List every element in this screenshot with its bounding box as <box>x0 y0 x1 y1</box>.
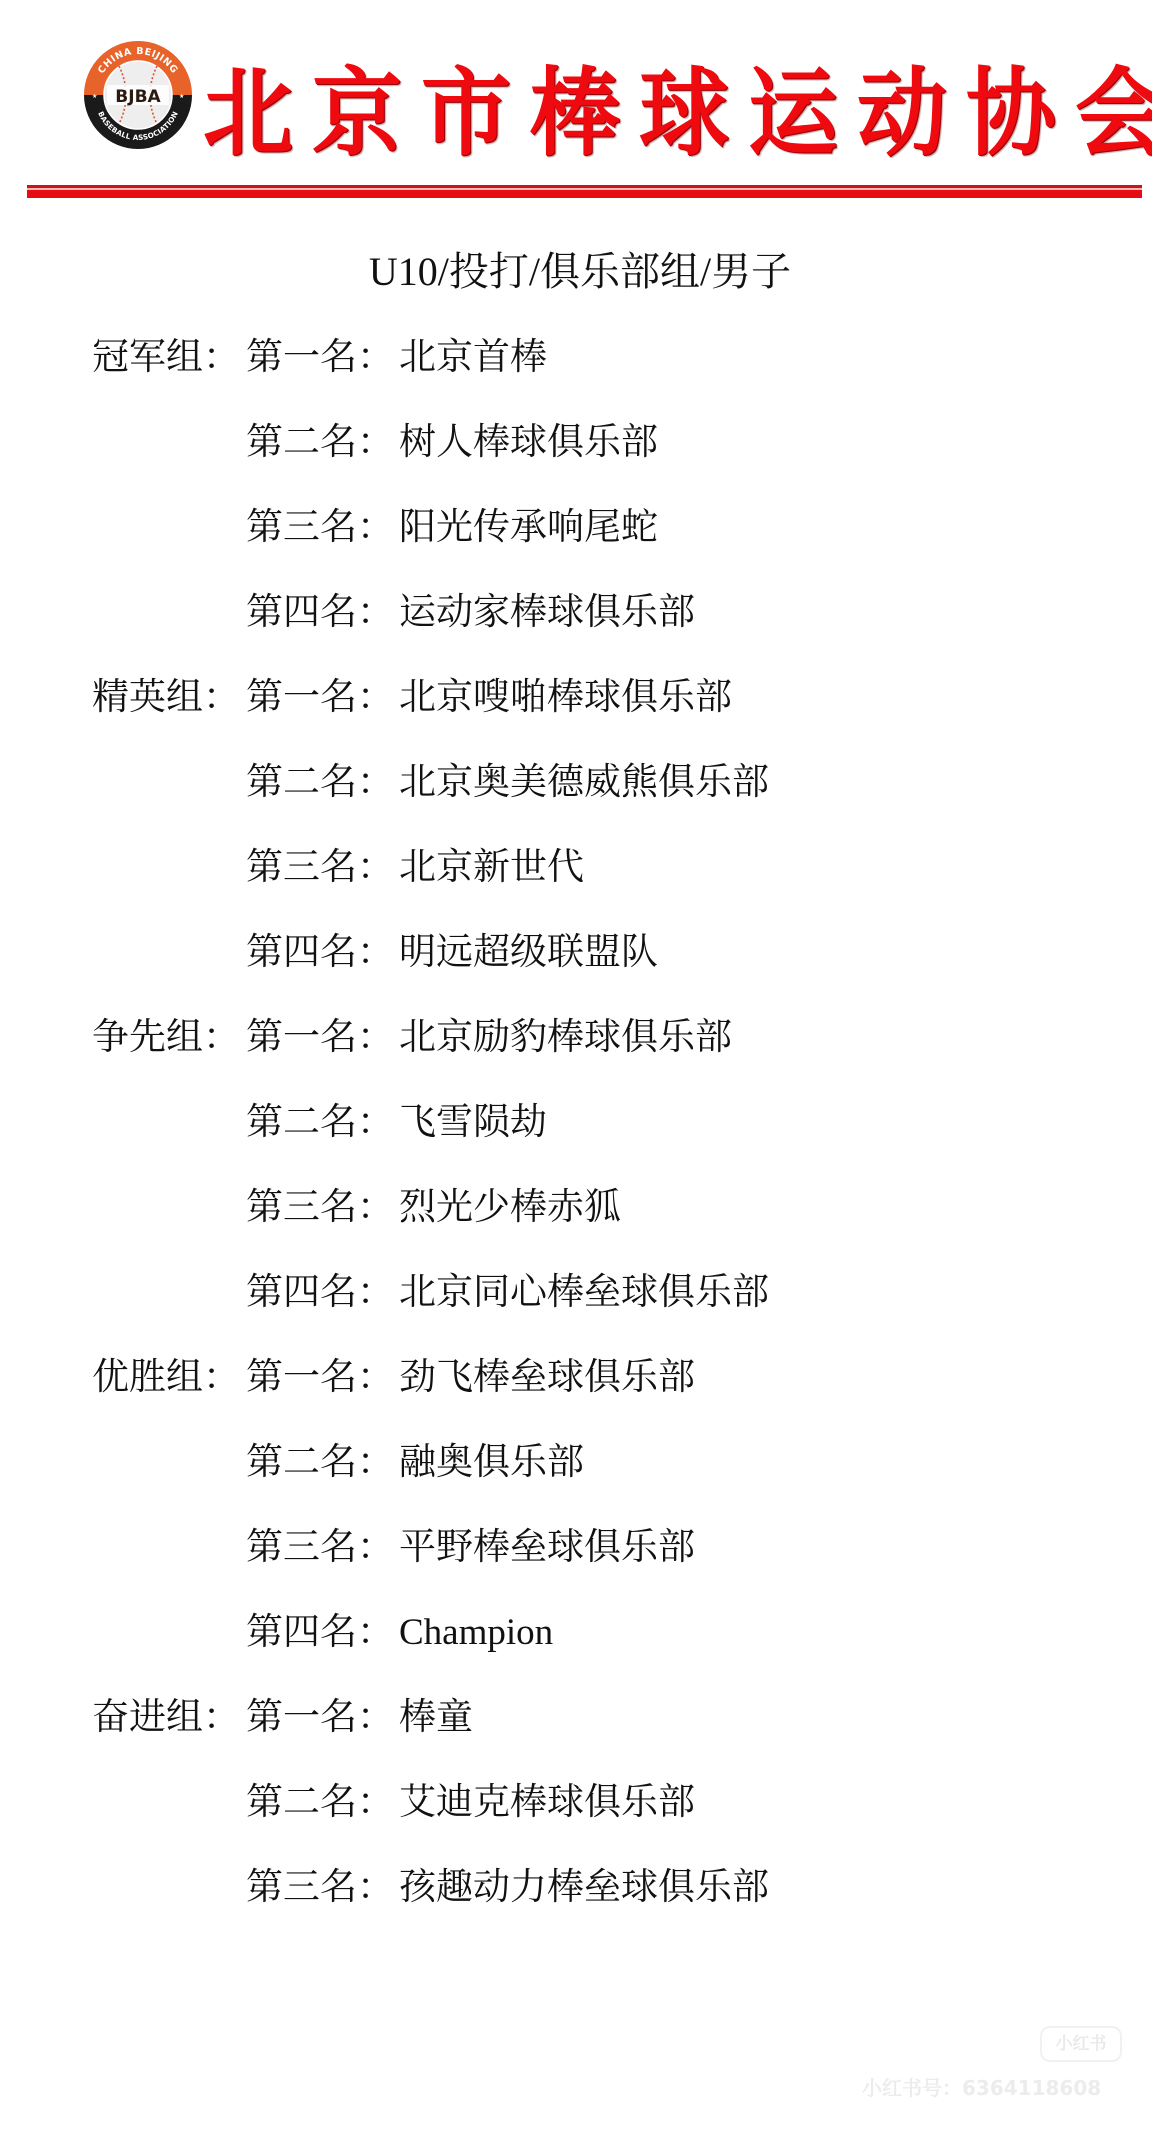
result-row: 第二名： 融奥俱乐部 <box>0 1438 1152 1488</box>
group-label: 奋进组： <box>92 1693 240 1743</box>
team-name: 北京同心棒垒球俱乐部 <box>399 1268 769 1318</box>
result-row: 第二名： 艾迪克棒球俱乐部 <box>0 1778 1152 1828</box>
team-name: 融奥俱乐部 <box>399 1438 584 1488</box>
team-name: 明远超级联盟队 <box>399 928 658 978</box>
group-label: 争先组： <box>92 1013 240 1063</box>
team-name: 棒童 <box>399 1693 473 1743</box>
rank-label: 第四名： <box>246 1608 394 1658</box>
group-label: 冠军组： <box>92 333 240 383</box>
team-name: 北京首棒 <box>399 333 547 383</box>
team-name: 北京新世代 <box>399 843 584 893</box>
team-name: 运动家棒球俱乐部 <box>399 588 695 638</box>
result-row: 优胜组： 第一名： 劲飞棒垒球俱乐部 <box>0 1353 1152 1403</box>
team-name: 孩趣动力棒垒球俱乐部 <box>399 1863 769 1913</box>
team-name: 北京嗖啪棒球俱乐部 <box>399 673 732 723</box>
team-name: 艾迪克棒球俱乐部 <box>399 1778 695 1828</box>
rank-label: 第三名： <box>246 503 394 553</box>
result-row: 第三名： 北京新世代 <box>0 843 1152 893</box>
group-label: 精英组： <box>92 673 240 723</box>
result-row: 第二名： 树人棒球俱乐部 <box>0 418 1152 468</box>
team-name: 劲飞棒垒球俱乐部 <box>399 1353 695 1403</box>
team-name: 北京励豹棒球俱乐部 <box>399 1013 732 1063</box>
result-row: 第四名： 明远超级联盟队 <box>0 928 1152 978</box>
result-row: 精英组： 第一名： 北京嗖啪棒球俱乐部 <box>0 673 1152 723</box>
result-row: 冠军组： 第一名： 北京首棒 <box>0 333 1152 383</box>
watermark-id: 小红书号：6364118608 <box>862 2074 1122 2102</box>
group-label: 优胜组： <box>92 1353 240 1403</box>
rank-label: 第一名： <box>246 333 394 383</box>
team-name: 飞雪陨劫 <box>399 1098 547 1148</box>
result-row: 第三名： 平野棒垒球俱乐部 <box>0 1523 1152 1573</box>
rank-label: 第一名： <box>246 1353 394 1403</box>
rank-label: 第二名： <box>246 1098 394 1148</box>
result-row: 第三名： 阳光传承响尾蛇 <box>0 503 1152 553</box>
team-name: 烈光少棒赤狐 <box>399 1183 621 1233</box>
team-name: Champion <box>399 1608 553 1658</box>
rank-label: 第一名： <box>246 673 394 723</box>
rank-label: 第二名： <box>246 418 394 468</box>
result-row: 第二名： 飞雪陨劫 <box>0 1098 1152 1148</box>
result-row: 奋进组： 第一名： 棒童 <box>0 1693 1152 1743</box>
rank-label: 第三名： <box>246 843 394 893</box>
team-name: 树人棒球俱乐部 <box>399 418 658 468</box>
team-name: 阳光传承响尾蛇 <box>399 503 658 553</box>
rank-label: 第一名： <box>246 1013 394 1063</box>
rank-label: 第三名： <box>246 1523 394 1573</box>
result-row: 第四名： Champion <box>0 1608 1152 1658</box>
result-row: 第四名： 北京同心棒垒球俱乐部 <box>0 1268 1152 1318</box>
rank-label: 第二名： <box>246 758 394 808</box>
watermark-badge: 小红书 <box>1040 2026 1122 2062</box>
rank-label: 第二名： <box>246 1778 394 1828</box>
rank-label: 第一名： <box>246 1693 394 1743</box>
result-row: 第三名： 烈光少棒赤狐 <box>0 1183 1152 1233</box>
rank-label: 第四名： <box>246 1268 394 1318</box>
rank-label: 第四名： <box>246 588 394 638</box>
team-name: 平野棒垒球俱乐部 <box>399 1523 695 1573</box>
rank-label: 第三名： <box>246 1183 394 1233</box>
team-name: 北京奥美德威熊俱乐部 <box>399 758 769 808</box>
rank-label: 第三名： <box>246 1863 394 1913</box>
rank-label: 第四名： <box>246 928 394 978</box>
result-row: 第四名： 运动家棒球俱乐部 <box>0 588 1152 638</box>
results-list: 冠军组： 第一名： 北京首棒 第二名： 树人棒球俱乐部 第三名： 阳光传承响尾蛇… <box>0 0 1152 2130</box>
result-row: 第二名： 北京奥美德威熊俱乐部 <box>0 758 1152 808</box>
rank-label: 第二名： <box>246 1438 394 1488</box>
result-row: 第三名： 孩趣动力棒垒球俱乐部 <box>0 1863 1152 1913</box>
result-row: 争先组： 第一名： 北京励豹棒球俱乐部 <box>0 1013 1152 1063</box>
